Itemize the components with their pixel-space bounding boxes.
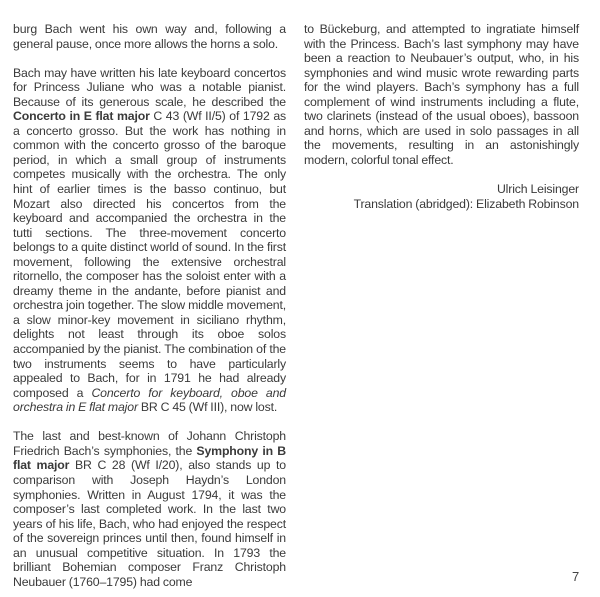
author-credit: Ulrich Leisinger (304, 182, 579, 197)
text-segment: Bach may have written his late keyboard … (13, 66, 286, 109)
booklet-page: burg Bach went his own way and, followin… (0, 0, 600, 597)
work-title-concerto: Concerto in E flat major (13, 109, 150, 123)
page-number: 7 (572, 569, 579, 584)
text-segment: BR C 45 (Wf III), now lost. (138, 400, 277, 414)
credits: Ulrich Leisinger Translation (abridged):… (304, 182, 579, 211)
right-column: to Bückeburg, and attempted to ingratiat… (304, 22, 579, 211)
paragraph-keyboard-concertos: Bach may have written his late keyboard … (13, 66, 286, 415)
text-segment: BR C 28 (Wf I/20), also stands up to com… (13, 458, 286, 588)
text-segment: C 43 (Wf II/5) of 1792 as a concerto gro… (13, 109, 286, 399)
paragraph-symphony: The last and best-known of Johann Christ… (13, 429, 286, 589)
translator-credit: Translation (abridged): Elizabeth Robins… (304, 197, 579, 212)
left-column: burg Bach went his own way and, followin… (13, 22, 286, 589)
paragraph-neubauer: to Bückeburg, and attempted to ingratiat… (304, 22, 579, 167)
paragraph-horns-solo: burg Bach went his own way and, followin… (13, 22, 286, 51)
